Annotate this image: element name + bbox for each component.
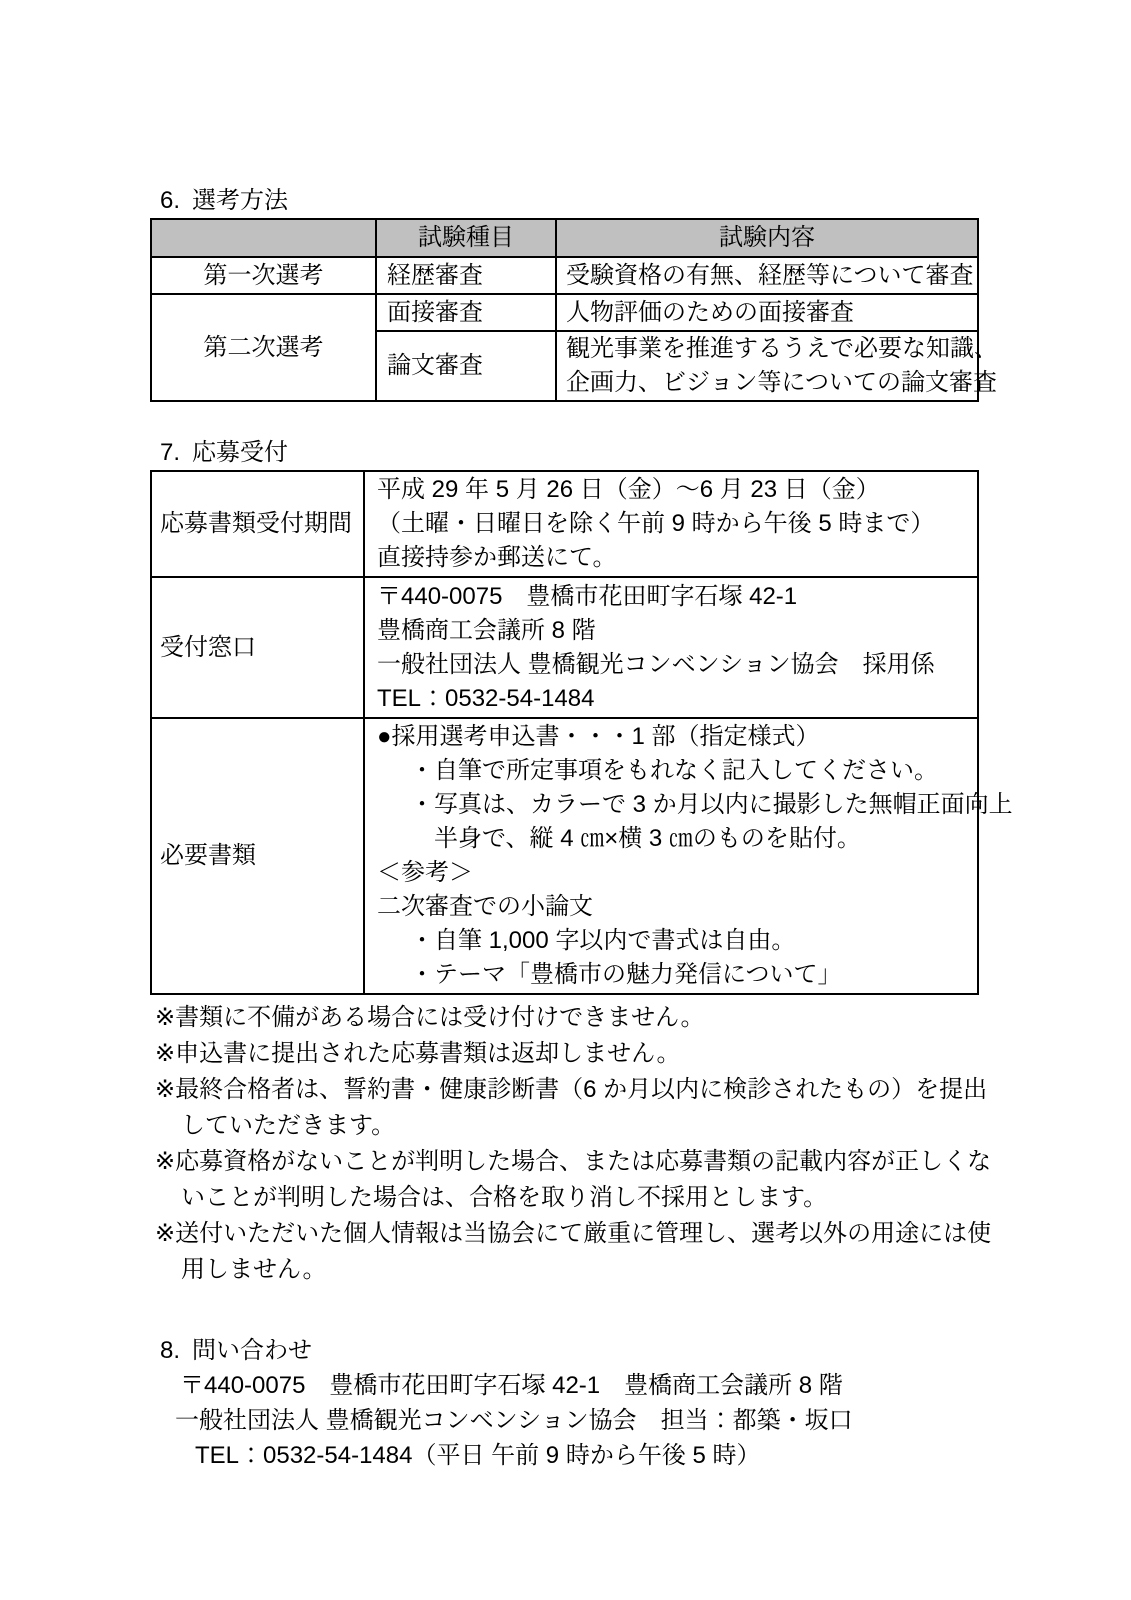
detail-cell: 人物評価のための面接審査: [556, 294, 978, 331]
header-cell-exam-content: 試験内容: [556, 219, 978, 257]
row-label: 応募書類受付期間: [151, 471, 364, 577]
content-line: 一般社団法人 豊橋観光コンベンション協会 採用係: [377, 648, 971, 682]
header-cell-exam-type: 試験種目: [376, 219, 556, 257]
content-line: ・自筆で所定事項をもれなく記入してください。: [377, 754, 971, 788]
section-7-number: 7.: [160, 435, 180, 470]
notes-list: ※書類に不備がある場合には受け付けできません。 ※申込書に提出された応募書類は返…: [155, 1000, 985, 1288]
note-line: していただきます。: [155, 1108, 985, 1144]
note-line: 用しません。: [155, 1252, 985, 1288]
note-item: ※最終合格者は、誓約書・健康診断書（6 か月以内に検診されたもの）を提出 してい…: [155, 1072, 985, 1144]
document-page: 6.選考方法 試験種目 試験内容 第一次選考 経歴審査 受験資格の有無、経歴等に…: [0, 0, 1131, 1600]
content-line: 半身で、縦 4 ㎝×横 3 ㎝のものを貼付。: [377, 822, 971, 856]
table-row-second-selection-interview: 第二次選考 面接審査 人物評価のための面接審査: [151, 294, 978, 331]
content-line: ＜参考＞: [377, 856, 971, 890]
note-item: ※送付いただいた個人情報は当協会にて厳重に管理し、選考以外の用途には使 用しませ…: [155, 1216, 985, 1288]
table-row-reception-desk: 受付窓口 〒440-0075 豊橋市花田町字石塚 42-1 豊橋商工会議所 8 …: [151, 577, 978, 718]
row-content: 〒440-0075 豊橋市花田町字石塚 42-1 豊橋商工会議所 8 階 一般社…: [364, 577, 978, 718]
table-header-row: 試験種目 試験内容: [151, 219, 978, 257]
section-8-number: 8.: [160, 1333, 180, 1368]
table-row-reception-period: 応募書類受付期間 平成 29 年 5 月 26 日（金）～6 月 23 日（金）…: [151, 471, 978, 577]
table-row-required-documents: 必要書類 ●採用選考申込書・・・1 部（指定様式） ・自筆で所定事項をもれなく記…: [151, 718, 978, 994]
note-item: ※書類に不備がある場合には受け付けできません。: [155, 1000, 985, 1036]
row-content: 平成 29 年 5 月 26 日（金）～6 月 23 日（金） （土曜・日曜日を…: [364, 471, 978, 577]
contact-address-line: 〒440-0075 豊橋市花田町字石塚 42-1 豊橋商工会議所 8 階: [180, 1368, 985, 1403]
note-item: ※応募資格がないことが判明した場合、または応募書類の記載内容が正しくな いことが…: [155, 1144, 985, 1216]
section-6-heading: 6.選考方法: [160, 183, 985, 218]
row-label: 受付窓口: [151, 577, 364, 718]
section-7-title: 応募受付: [192, 439, 288, 466]
subject-cell: 経歴審査: [376, 257, 556, 294]
content-line: 二次審査での小論文: [377, 890, 971, 924]
content-line: 平成 29 年 5 月 26 日（金）～6 月 23 日（金）: [377, 473, 971, 507]
section-7-heading: 7.応募受付: [160, 435, 985, 470]
content-line: ・写真は、カラーで 3 か月以内に撮影した無帽正面向上: [377, 788, 971, 822]
note-line: ※応募資格がないことが判明した場合、または応募書類の記載内容が正しくな: [155, 1144, 985, 1180]
stage-cell: 第二次選考: [151, 294, 376, 401]
content-line: ・テーマ「豊橋市の魅力発信について」: [377, 958, 971, 992]
stage-cell: 第一次選考: [151, 257, 376, 294]
detail-line: 企画力、ビジョン等についての論文審査: [566, 366, 977, 400]
table-row-first-selection: 第一次選考 経歴審査 受験資格の有無、経歴等について審査: [151, 257, 978, 294]
note-line: ※申込書に提出された応募書類は返却しません。: [155, 1036, 985, 1072]
subject-cell: 面接審査: [376, 294, 556, 331]
detail-cell: 観光事業を推進するうえで必要な知識、 企画力、ビジョン等についての論文審査: [556, 331, 978, 401]
row-content: ●採用選考申込書・・・1 部（指定様式） ・自筆で所定事項をもれなく記入してくだ…: [364, 718, 978, 994]
note-line: ※書類に不備がある場合には受け付けできません。: [155, 1000, 985, 1036]
note-line: ※最終合格者は、誓約書・健康診断書（6 か月以内に検診されたもの）を提出: [155, 1072, 985, 1108]
content-line: 豊橋商工会議所 8 階: [377, 614, 971, 648]
application-reception-table: 応募書類受付期間 平成 29 年 5 月 26 日（金）～6 月 23 日（金）…: [150, 470, 979, 995]
content-line: ・自筆 1,000 字以内で書式は自由。: [377, 924, 971, 958]
note-line: いことが判明した場合は、合格を取り消し不採用とします。: [155, 1180, 985, 1216]
selection-method-table: 試験種目 試験内容 第一次選考 経歴審査 受験資格の有無、経歴等について審査 第…: [150, 218, 979, 402]
content-line: 〒440-0075 豊橋市花田町字石塚 42-1: [377, 580, 971, 614]
content-line: （土曜・日曜日を除く午前 9 時から午後 5 時まで）: [377, 507, 971, 541]
header-cell-empty: [151, 219, 376, 257]
detail-line: 観光事業を推進するうえで必要な知識、: [566, 332, 977, 366]
content-line: 直接持参か郵送にて。: [377, 541, 971, 575]
note-item: ※申込書に提出された応募書類は返却しません。: [155, 1036, 985, 1072]
section-8: 8.問い合わせ 〒440-0075 豊橋市花田町字石塚 42-1 豊橋商工会議所…: [150, 1333, 985, 1473]
subject-cell: 論文審査: [376, 331, 556, 401]
section-8-heading: 8.問い合わせ: [160, 1333, 985, 1368]
content-line: ●採用選考申込書・・・1 部（指定様式）: [377, 720, 971, 754]
note-line: ※送付いただいた個人情報は当協会にて厳重に管理し、選考以外の用途には使: [155, 1216, 985, 1252]
contact-phone-line: TEL：0532-54-1484（平日 午前 9 時から午後 5 時）: [195, 1438, 985, 1473]
contact-organization-line: 一般社団法人 豊橋観光コンベンション協会 担当：都築・坂口: [175, 1403, 985, 1438]
detail-cell: 受験資格の有無、経歴等について審査: [556, 257, 978, 294]
section-6-number: 6.: [160, 183, 180, 218]
row-label: 必要書類: [151, 718, 364, 994]
section-6-title: 選考方法: [192, 187, 288, 214]
content-line: TEL：0532-54-1484: [377, 682, 971, 716]
section-8-title: 問い合わせ: [192, 1337, 312, 1364]
